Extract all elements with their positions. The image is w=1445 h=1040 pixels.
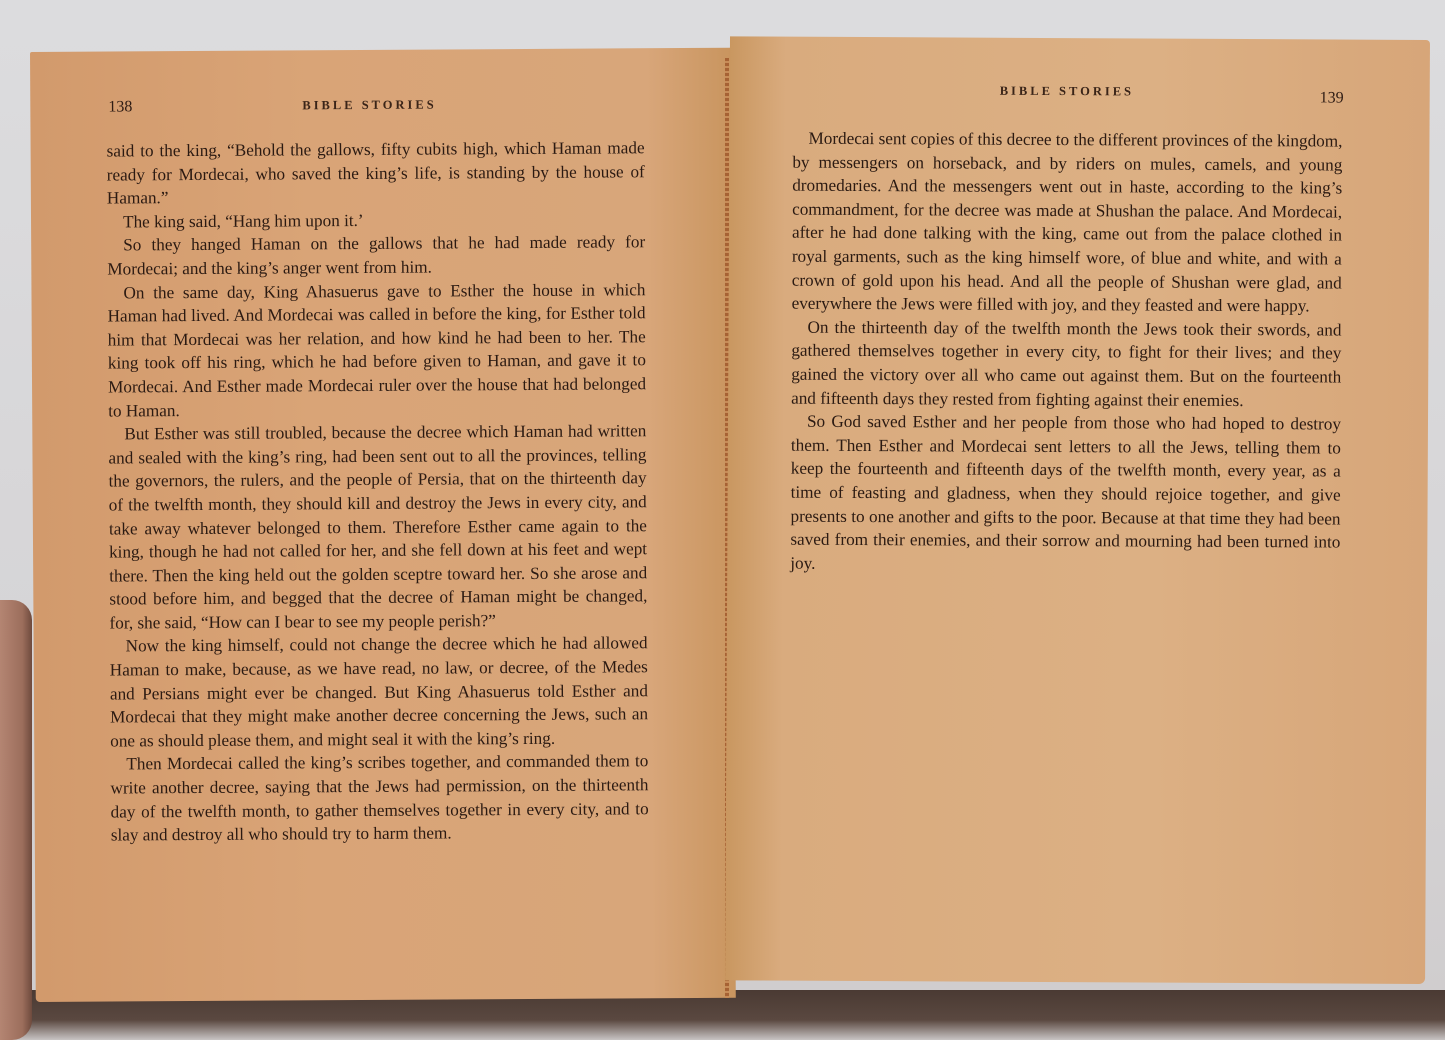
paragraph: On the thirteenth day of the twelfth mon… (791, 315, 1341, 412)
page-number: 138 (108, 98, 132, 116)
page-text: Mordecai sent copies of this decree to t… (790, 127, 1342, 578)
left-page: 138 BIBLE STORIES said to the king, “Beh… (30, 48, 736, 1002)
page-text: said to the king, “Behold the gallows, f… (107, 136, 649, 847)
running-head: BIBLE STORIES (1000, 84, 1134, 100)
paragraph: So they hanged Haman on the gallows that… (107, 231, 645, 281)
paragraph: said to the king, “Behold the gallows, f… (107, 136, 645, 210)
paragraph: Then Mordecai called the king’s scribes … (110, 750, 649, 848)
open-book: 138 BIBLE STORIES said to the king, “Beh… (22, 40, 1437, 1002)
running-head: BIBLE STORIES (302, 98, 436, 114)
paragraph: Now the king himself, could not change t… (110, 632, 649, 753)
paragraph: On the same day, King Ahasuerus gave to … (107, 278, 646, 423)
page-number: 139 (1320, 89, 1344, 107)
paragraph: The king said, “Hang him upon it.’ (107, 207, 645, 234)
paragraph: But Esther was still troubled, because t… (108, 419, 647, 635)
paragraph: So God saved Esther and her people from … (790, 410, 1341, 578)
paragraph: Mordecai sent copies of this decree to t… (792, 127, 1343, 319)
right-page: BIBLE STORIES 139 Mordecai sent copies o… (725, 36, 1430, 984)
